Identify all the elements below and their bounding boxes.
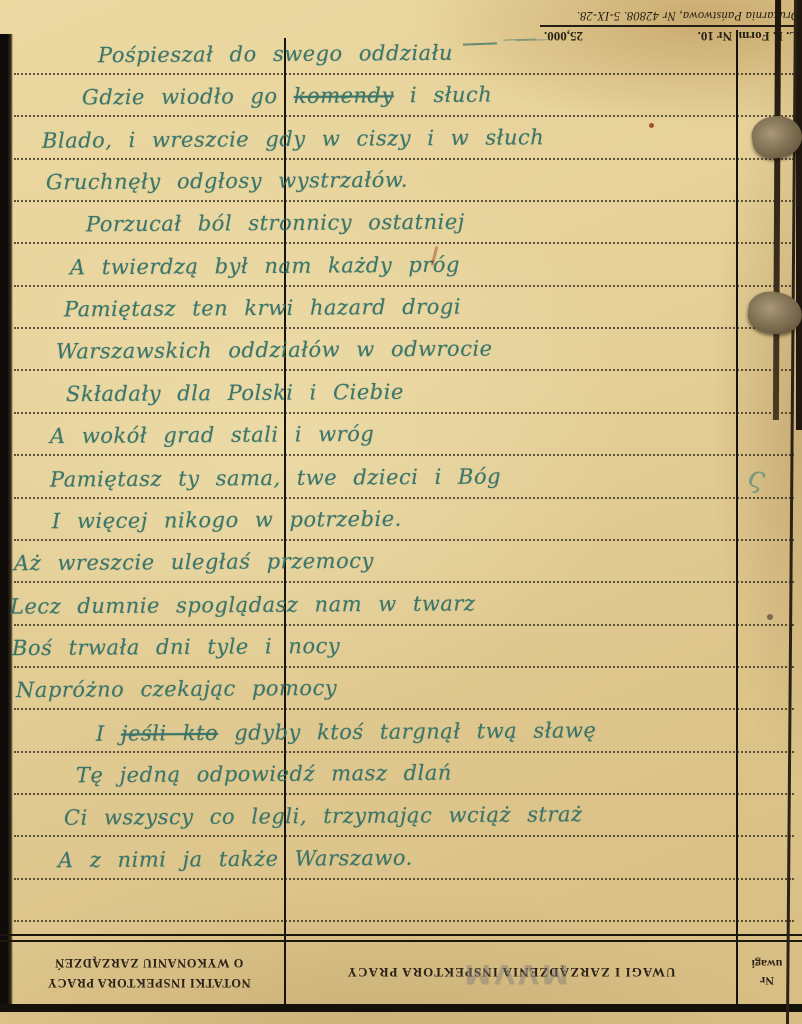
handwritten-line: A z nimi ja także Warszawo. [58,845,413,871]
handwritten-line: Warszawskich oddziałów w odwrocie [56,337,493,364]
handwritten-text: Ci wszyscy co legli, trzymając wciąż str… [64,802,583,830]
ruled-line [14,158,794,160]
handwritten-line: Pośpieszał do swego oddziału [98,41,453,67]
footer-uwagi-word: uwagi [752,956,783,973]
footer-top-border-1 [0,934,802,936]
handwritten-text: Lecz dumnie spoglądasz nam w twarz [10,591,476,618]
footer-notatki-line1: NOTATKI INSPEKTORA PRACY [47,973,250,992]
ruled-line [14,878,794,880]
handwritten-line: A twierdzą był nam każdy próg [70,252,460,279]
ruled-line [14,793,794,795]
printer-imprint: Drukarnia Państwowa, Nr 42808. 5-IX-28. [540,8,800,23]
handwritten-text: i słuch [394,83,493,108]
handwritten-line: Boś trwała dni tyle i nocy [12,634,340,660]
ruled-line [14,115,794,117]
ruled-line [14,920,794,922]
paper-speck [767,614,773,620]
ruled-line [14,835,794,837]
ruled-line [14,285,794,287]
handwritten-text: Boś trwała dni tyle i nocy [12,634,340,660]
footer-cell-notatki: NOTATKI INSPEKTORA PRACY O WYKONANIU ZAR… [14,941,284,1004]
handwritten-text: Gruchnęły odgłosy wystrzałów. [46,168,408,195]
handwritten-line: Aż wreszcie uległaś przemocy [14,549,374,576]
handwritten-line: Pamiętasz ty sama, twe dzieci i Bóg [50,464,501,491]
ruled-line [14,666,794,668]
margin-ink-squiggle: ς [745,459,769,497]
binding-dark-band-outer [796,0,802,430]
handwritten-text: Napróżno czekając pomocy [16,676,337,702]
handwritten-line: A wokół grad stali i wróg [50,422,374,448]
ruled-line [14,369,794,371]
handwritten-line: Porzucał ból stronnicy ostatniej [86,210,465,237]
handwritten-line: Gdzie wiodło go komendy i słuch [82,83,492,110]
scan-watermark: MVVM [430,958,600,989]
handwritten-line: Pamiętasz ten krwi hazard drogi [64,295,461,322]
handwritten-text: gdyby ktoś targnął twą sławę [218,718,596,745]
handwritten-text: A wokół grad stali i wróg [50,422,374,448]
form-number: L. P. Form. Nr 10. [698,28,798,44]
handwritten-line: Ci wszyscy co legli, trzymając wciąż str… [64,802,583,830]
handwritten-text: Gdzie wiodło go [82,84,294,109]
handwritten-text: A z nimi ja także Warszawo. [58,845,413,871]
handwritten-line: Tę jedną odpowiedź masz dlań [76,761,452,788]
footer-bottom-border [0,1004,802,1012]
handwritten-text: Blado, i wreszcie gdy w ciszy i w słuch [42,125,544,153]
vertical-rule-right [736,30,738,1006]
printed-form-header: L. P. Form. Nr 10. 25,000. Drukarnia Pań… [540,2,800,44]
ruled-line [14,624,794,626]
handwritten-line: Blado, i wreszcie gdy w ciszy i w słuch [42,125,544,153]
handwritten-text: Składały dla Polski i Ciebie [66,380,404,406]
handwritten-line: Gruchnęły odgłosy wystrzałów. [46,168,408,195]
ruled-line [14,497,794,499]
handwritten-text: Pamiętasz ten krwi hazard drogi [64,295,461,322]
handwritten-text: I [96,721,121,745]
ruled-line [14,581,794,583]
handwritten-text: Warszawskich oddziałów w odwrocie [56,337,493,364]
handwritten-line: Napróżno czekając pomocy [16,676,337,702]
handwritten-text: Pamiętasz ty sama, twe dzieci i Bóg [50,464,501,491]
header-rule [540,25,800,27]
handwritten-line: Składały dla Polski i Ciebie [66,380,404,406]
print-run: 25,000. [544,28,583,44]
handwritten-text: Pośpieszał do swego oddziału [98,41,453,67]
ruled-line [14,708,794,710]
handwritten-line: I jeśli kto gdyby ktoś targnął twą sławę [96,718,597,745]
page-left-edge [0,34,13,1012]
ruled-line [14,539,794,541]
handwritten-line: I więcej nikogo w potrzebie. [52,507,402,533]
handwritten-text: Porzucał ból stronnicy ostatniej [86,210,465,237]
handwritten-text: I więcej nikogo w potrzebie. [52,507,402,533]
ruled-line [14,200,794,202]
rust-speck [649,123,654,128]
handwritten-text: Aż wreszcie uległaś przemocy [14,549,374,576]
ruled-line [14,73,794,75]
scanned-notebook-page: L. P. Form. Nr 10. 25,000. Drukarnia Pań… [0,0,802,1024]
ruled-line [14,412,794,414]
ink-dash-mark [463,42,497,45]
handwritten-line: Lecz dumnie spoglądasz nam w twarz [10,591,476,618]
binding-dark-band [773,0,781,420]
handwritten-text: Tę jedną odpowiedź masz dlań [76,761,452,788]
footer-nr-label: Nr [760,973,774,990]
struck-word: jeśli kto [121,720,218,745]
struck-word: komendy [294,84,394,109]
handwritten-text: A twierdzą był nam każdy próg [70,252,460,279]
footer-notatki-line2: O WYKONANIU ZARZĄDZEŃ [55,953,244,972]
ruled-line [14,242,794,244]
ruled-line [14,327,794,329]
ruled-line [14,454,794,456]
ruled-line [14,751,794,753]
